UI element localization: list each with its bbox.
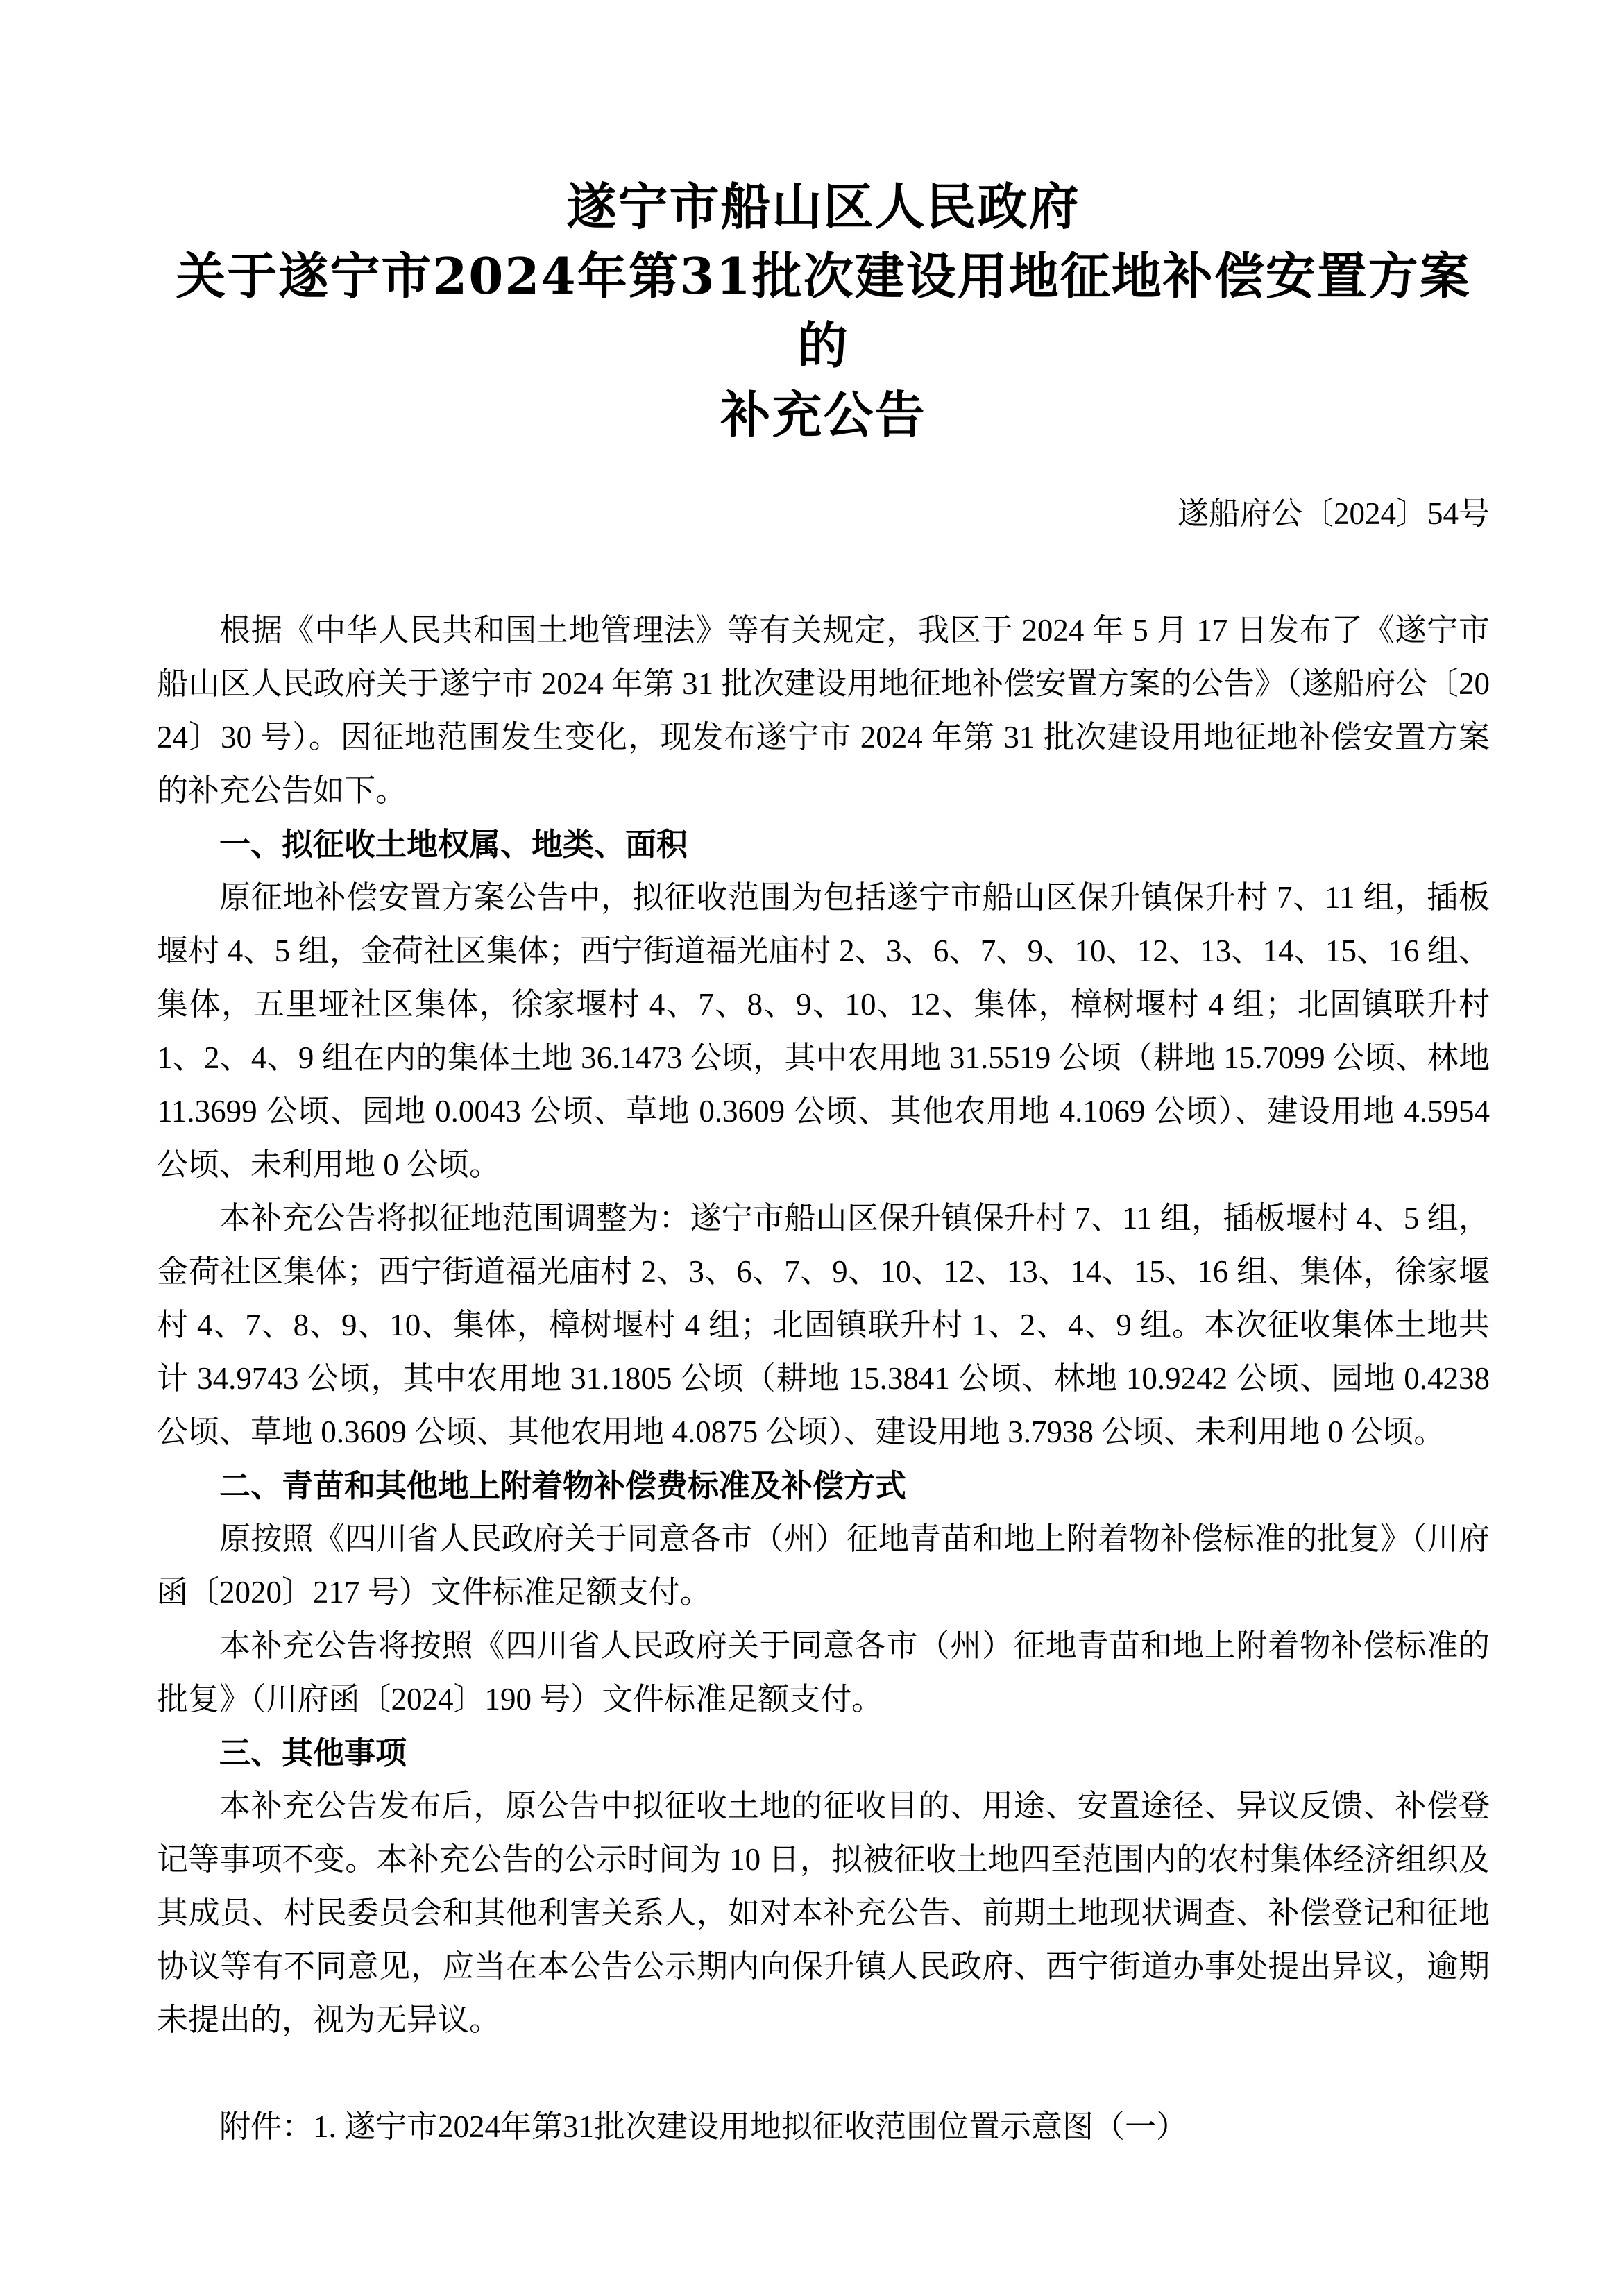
title-line-2: 关于遂宁市2024年第31批次建设用地征地补偿安置方案的 bbox=[157, 242, 1490, 380]
title-line-3: 补充公告 bbox=[157, 380, 1490, 450]
section-heading-1: 一、拟征收土地权属、地类、面积 bbox=[157, 818, 1490, 871]
document-number: 遂船府公〔2024〕54号 bbox=[157, 493, 1490, 534]
section-heading-2: 二、青苗和其他地上附着物补偿费标准及补偿方式 bbox=[157, 1459, 1490, 1512]
intro-paragraph: 根据《中华人民共和国土地管理法》等有关规定，我区于 2024 年 5 月 17 … bbox=[157, 604, 1490, 818]
section-2-paragraph-original-standard: 原按照《四川省人民政府关于同意各市（州）征地青苗和地上附着物补偿标准的批复》（川… bbox=[157, 1512, 1490, 1619]
section-3-paragraph-other-matters: 本补充公告发布后，原公告中拟征收土地的征收目的、用途、安置途径、异议反馈、补偿登… bbox=[157, 1780, 1490, 2047]
section-1-paragraph-original-scope: 原征地补偿安置方案公告中，拟征收范围为包括遂宁市船山区保升镇保升村 7、11 组… bbox=[157, 871, 1490, 1192]
document-title: 遂宁市船山区人民政府 关于遂宁市2024年第31批次建设用地征地补偿安置方案的 … bbox=[157, 172, 1490, 450]
document-page: 遂宁市船山区人民政府 关于遂宁市2024年第31批次建设用地征地补偿安置方案的 … bbox=[0, 0, 1623, 2296]
title-line-1: 遂宁市船山区人民政府 bbox=[157, 172, 1490, 242]
section-heading-3: 三、其他事项 bbox=[157, 1726, 1490, 1780]
section-1-paragraph-adjusted-scope: 本补充公告将拟征地范围调整为：遂宁市船山区保升镇保升村 7、11 组，插板堰村 … bbox=[157, 1192, 1490, 1459]
attachment-line: 附件：1. 遂宁市2024年第31批次建设用地拟征收范围位置示意图（一） bbox=[157, 2100, 1490, 2154]
document-body: 根据《中华人民共和国土地管理法》等有关规定，我区于 2024 年 5 月 17 … bbox=[157, 604, 1490, 2154]
section-2-paragraph-new-standard: 本补充公告将按照《四川省人民政府关于同意各市（州）征地青苗和地上附着物补偿标准的… bbox=[157, 1619, 1490, 1726]
